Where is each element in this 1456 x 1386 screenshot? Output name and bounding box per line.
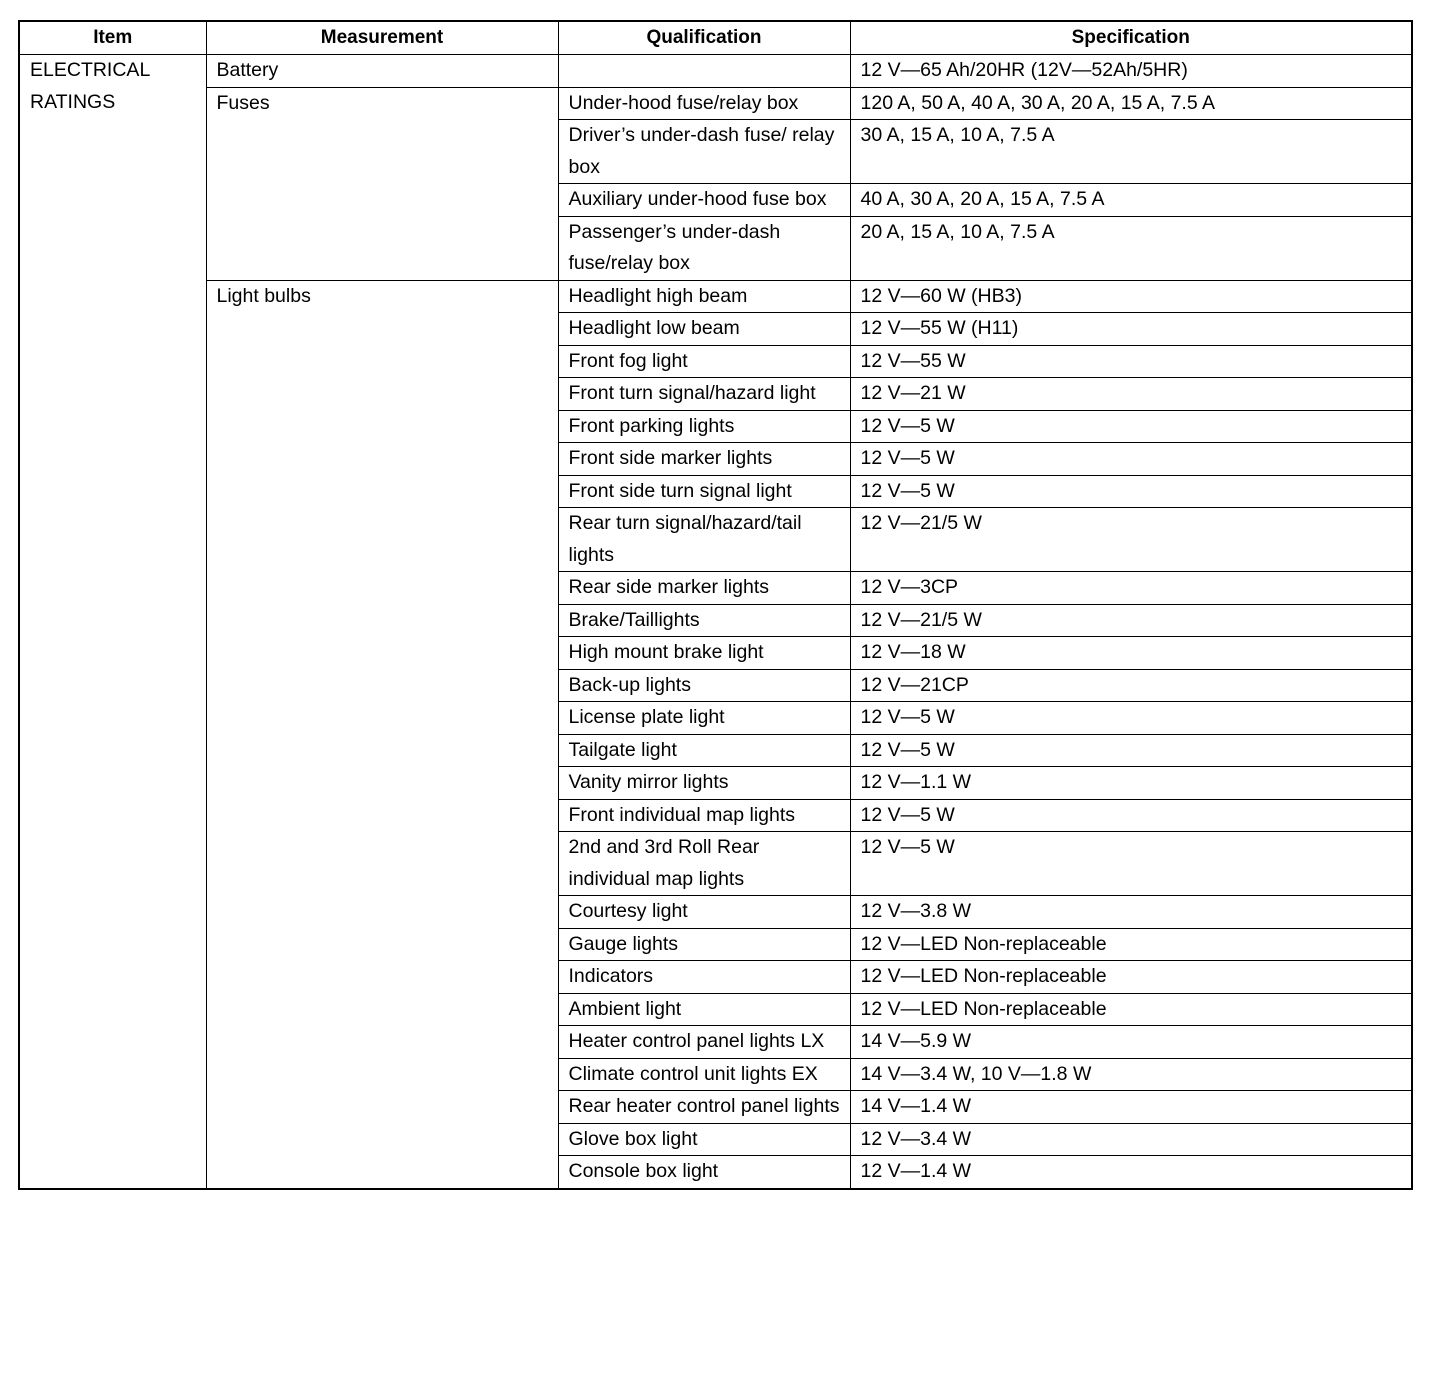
qualification-cell: 2nd and 3rd Roll Rear individual map lig… <box>558 832 850 896</box>
qualification-cell: Front turn signal/hazard light <box>558 378 850 411</box>
specification-cell: 12 V—5 W <box>850 475 1412 508</box>
specification-cell: 12 V—55 W <box>850 345 1412 378</box>
specification-cell: 12 V—3.8 W <box>850 896 1412 929</box>
qualification-cell: License plate light <box>558 702 850 735</box>
specification-cell: 12 V—60 W (HB3) <box>850 280 1412 313</box>
header-specification: Specification <box>850 21 1412 55</box>
table-header-row: Item Measurement Qualification Specifica… <box>19 21 1412 55</box>
qualification-cell: Front individual map lights <box>558 799 850 832</box>
qualification-cell: Courtesy light <box>558 896 850 929</box>
qualification-cell: Front fog light <box>558 345 850 378</box>
qualification-cell: Rear heater control panel lights <box>558 1091 850 1124</box>
specification-cell: 12 V—21/5 W <box>850 604 1412 637</box>
specification-cell: 12 V—65 Ah/20HR (12V—52Ah/5HR) <box>850 55 1412 88</box>
qualification-cell: Headlight high beam <box>558 280 850 313</box>
specification-cell: 12 V—5 W <box>850 734 1412 767</box>
specification-cell: 12 V—5 W <box>850 799 1412 832</box>
qualification-cell: Headlight low beam <box>558 313 850 346</box>
specification-cell: 12 V—LED Non-replaceable <box>850 928 1412 961</box>
qualification-cell: Gauge lights <box>558 928 850 961</box>
qualification-cell: Front parking lights <box>558 410 850 443</box>
specification-cell: 12 V—5 W <box>850 702 1412 735</box>
qualification-cell: Tailgate light <box>558 734 850 767</box>
specification-cell: 12 V—LED Non-replaceable <box>850 993 1412 1026</box>
table-row: ELECTRICAL RATINGSBattery12 V—65 Ah/20HR… <box>19 55 1412 88</box>
qualification-cell: Ambient light <box>558 993 850 1026</box>
electrical-ratings-table: Item Measurement Qualification Specifica… <box>18 20 1413 1190</box>
specification-cell: 14 V—1.4 W <box>850 1091 1412 1124</box>
measurement-cell: Battery <box>206 55 558 88</box>
qualification-cell: Console box light <box>558 1156 850 1189</box>
header-measurement: Measurement <box>206 21 558 55</box>
specification-cell: 12 V—5 W <box>850 410 1412 443</box>
specification-cell: 12 V—LED Non-replaceable <box>850 961 1412 994</box>
specification-cell: 12 V—3CP <box>850 572 1412 605</box>
specification-cell: 14 V—5.9 W <box>850 1026 1412 1059</box>
specification-cell: 12 V—55 W (H11) <box>850 313 1412 346</box>
qualification-cell: Back-up lights <box>558 669 850 702</box>
qualification-cell <box>558 55 850 88</box>
qualification-cell: Rear side marker lights <box>558 572 850 605</box>
qualification-cell: Indicators <box>558 961 850 994</box>
measurement-cell: Light bulbs <box>206 280 558 1189</box>
measurement-cell: Fuses <box>206 87 558 280</box>
specification-cell: 40 A, 30 A, 20 A, 15 A, 7.5 A <box>850 184 1412 217</box>
qualification-cell: Under-hood fuse/relay box <box>558 87 850 120</box>
specification-cell: 12 V—21/5 W <box>850 508 1412 572</box>
qualification-cell: Driver’s under-dash fuse/ relay box <box>558 120 850 184</box>
specification-cell: 12 V—5 W <box>850 443 1412 476</box>
qualification-cell: Vanity mirror lights <box>558 767 850 800</box>
specification-cell: 120 A, 50 A, 40 A, 30 A, 20 A, 15 A, 7.5… <box>850 87 1412 120</box>
item-cell: ELECTRICAL RATINGS <box>19 55 206 1189</box>
qualification-cell: Heater control panel lights LX <box>558 1026 850 1059</box>
specification-cell: 12 V—21CP <box>850 669 1412 702</box>
header-qualification: Qualification <box>558 21 850 55</box>
specification-cell: 14 V—3.4 W, 10 V—1.8 W <box>850 1058 1412 1091</box>
qualification-cell: High mount brake light <box>558 637 850 670</box>
qualification-cell: Front side marker lights <box>558 443 850 476</box>
table-row: Light bulbsHeadlight high beam12 V—60 W … <box>19 280 1412 313</box>
specification-cell: 12 V—21 W <box>850 378 1412 411</box>
specification-cell: 12 V—5 W <box>850 832 1412 896</box>
specification-cell: 20 A, 15 A, 10 A, 7.5 A <box>850 216 1412 280</box>
qualification-cell: Brake/Taillights <box>558 604 850 637</box>
table-body: ELECTRICAL RATINGSBattery12 V—65 Ah/20HR… <box>19 55 1412 1189</box>
specification-cell: 12 V—3.4 W <box>850 1123 1412 1156</box>
qualification-cell: Auxiliary under-hood fuse box <box>558 184 850 217</box>
header-item: Item <box>19 21 206 55</box>
qualification-cell: Rear turn signal/hazard/tail lights <box>558 508 850 572</box>
specification-cell: 12 V—1.1 W <box>850 767 1412 800</box>
qualification-cell: Passenger’s under-dash fuse/relay box <box>558 216 850 280</box>
qualification-cell: Glove box light <box>558 1123 850 1156</box>
qualification-cell: Front side turn signal light <box>558 475 850 508</box>
specification-cell: 30 A, 15 A, 10 A, 7.5 A <box>850 120 1412 184</box>
specification-cell: 12 V—1.4 W <box>850 1156 1412 1189</box>
qualification-cell: Climate control unit lights EX <box>558 1058 850 1091</box>
specification-cell: 12 V—18 W <box>850 637 1412 670</box>
table-row: FusesUnder-hood fuse/relay box120 A, 50 … <box>19 87 1412 120</box>
